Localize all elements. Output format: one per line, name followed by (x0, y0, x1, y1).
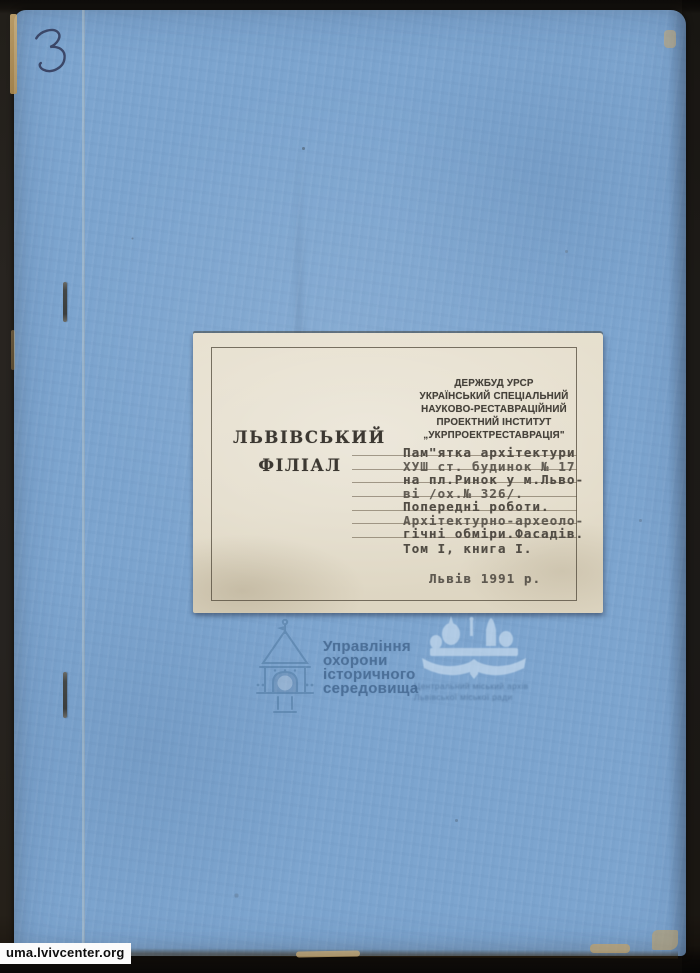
branch-name: ЛЬВІВСЬКИЙ ФІЛІАЛ (233, 428, 367, 475)
watermark-text-line: Центральний міський архів (414, 681, 529, 692)
binding-staple-top (63, 282, 67, 322)
branch-line: ФІЛІАЛ (233, 456, 367, 475)
cover-specks (0, 0, 1, 1)
watermark-text-line: Львівської міської ради (414, 692, 529, 703)
edge-chip (664, 30, 676, 48)
place-year-line: Львів 1991 р. (429, 571, 541, 586)
binding-staple-bottom (63, 672, 67, 718)
org-header-line: ДЕРЖБУД УРСР (405, 377, 583, 390)
volume-line: Том І, книга І. (403, 541, 532, 556)
edge-chip (652, 930, 678, 950)
typed-object-title: Пам"ятка архітектури ХУШ ст. будинок № 1… (403, 446, 584, 541)
archive-source-tag: uma.lvivcenter.org (0, 943, 131, 964)
typed-line: гічні обміри.Фасадів. (403, 527, 584, 541)
title-label: ДЕРЖБУД УРСР УКРАЇНСЬКИЙ СПЕЦІАЛЬНИЙ НАУ… (193, 333, 603, 613)
watermark-text-line: середовища (323, 682, 419, 696)
org-header-line: ПРОЕКТНИЙ ІНСТИТУТ (405, 416, 583, 429)
org-header-line: „УКРПРОЕКТРЕСТАВРАЦІЯ" (405, 429, 583, 442)
town-hall-tower-icon (250, 617, 320, 714)
org-header: ДЕРЖБУД УРСР УКРАЇНСЬКИЙ СПЕЦІАЛЬНИЙ НАУ… (405, 377, 583, 442)
partner-name-faint: Центральний міський архів Львівської міс… (414, 681, 529, 703)
branch-line: ЛЬВІВСЬКИЙ (233, 428, 367, 447)
typed-line: на пл.Ринок у м.Льво- (403, 473, 584, 487)
typed-line: Архітектурно-археоло- (403, 514, 584, 528)
typed-line: Пам"ятка архітектури (403, 446, 584, 460)
org-header-line: НАУКОВО-РЕСТАВРАЦІЙНИЙ (405, 403, 583, 416)
typed-line: ві /ох.№ 326/. (403, 487, 584, 501)
edge-chip (590, 944, 630, 953)
worn-spine-edge (10, 14, 17, 94)
handwritten-3-icon (27, 22, 73, 82)
worn-spine-edge-low (11, 330, 15, 370)
cover-crease-line (82, 10, 85, 956)
edge-chip (296, 950, 360, 957)
handwritten-page-number (27, 22, 73, 87)
typed-line: Попередні роботи. (403, 500, 584, 514)
cover-right-shade (668, 10, 686, 956)
scanned-document-page: ДЕРЖБУД УРСР УКРАЇНСЬКИЙ СПЕЦІАЛЬНИЙ НАУ… (0, 0, 700, 973)
heritage-office-name: Управління охорони історичного середовищ… (323, 640, 419, 696)
typed-line: ХУШ ст. будинок № 17 (403, 460, 584, 474)
heritage-office-watermark (250, 617, 320, 719)
org-header-line: УКРАЇНСЬКИЙ СПЕЦІАЛЬНИЙ (405, 390, 583, 403)
